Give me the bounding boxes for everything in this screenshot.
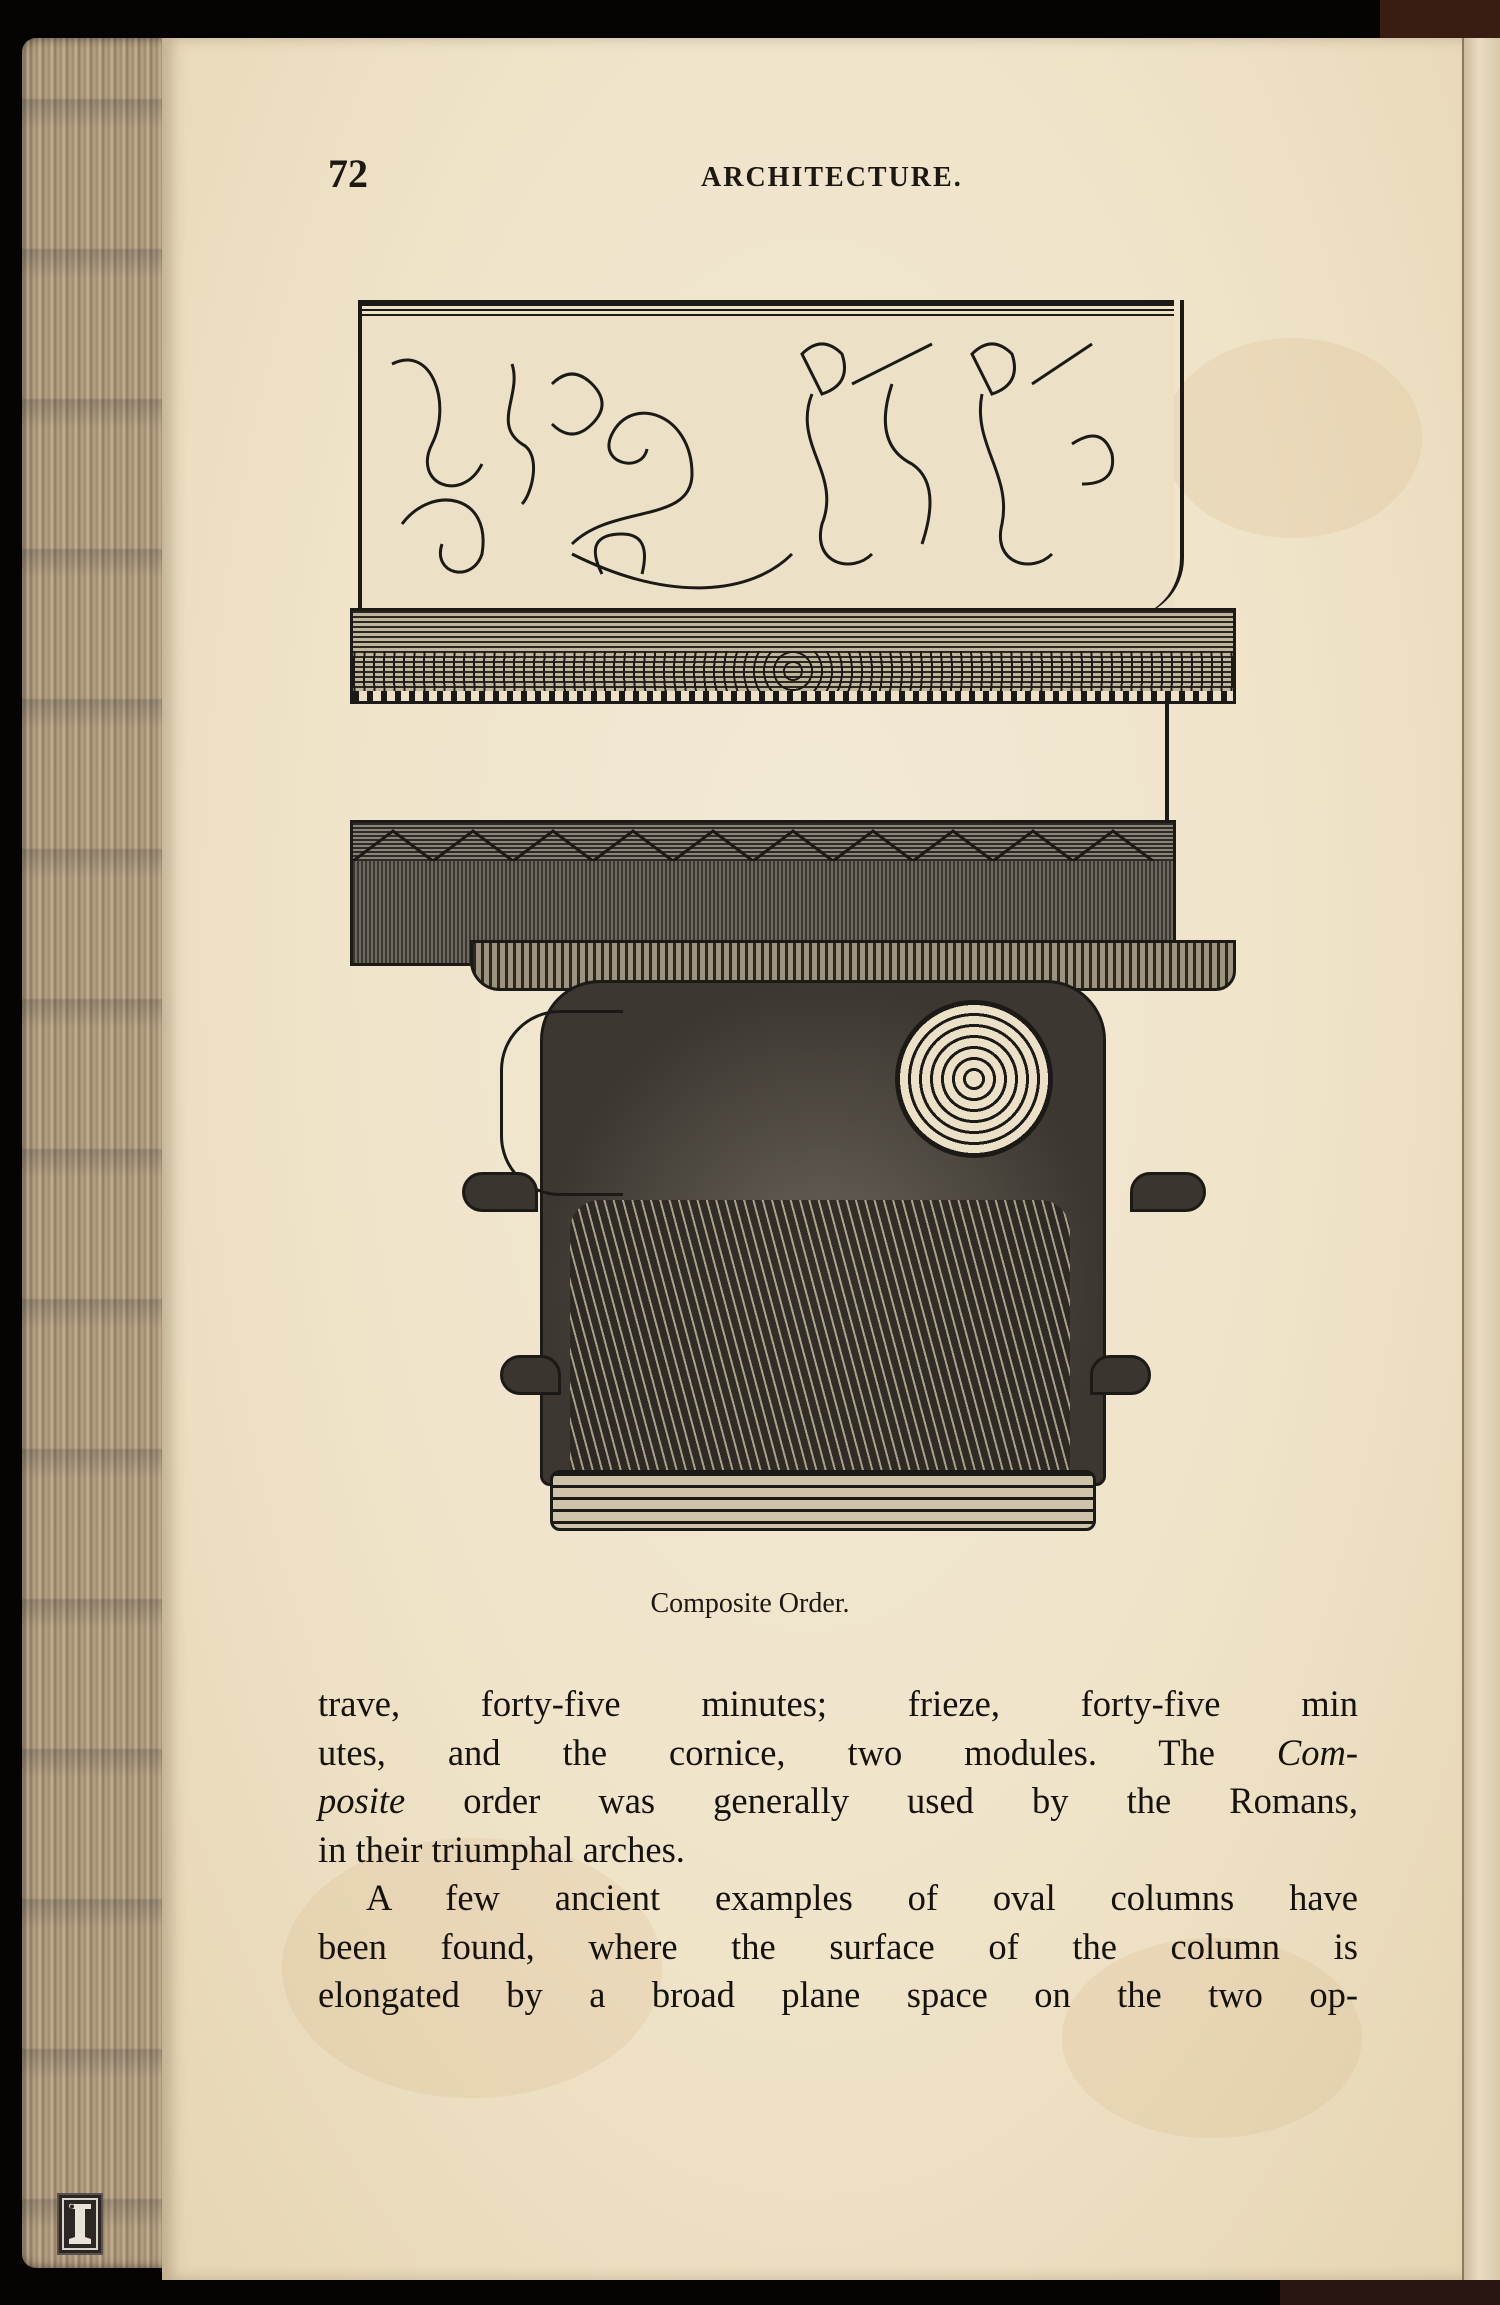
text-line: been found, where the surface of the col… xyxy=(318,1923,1358,1972)
acanthus-leaves xyxy=(570,1200,1070,1470)
page-number: 72 xyxy=(328,150,368,197)
dentil-row xyxy=(353,691,1233,701)
paragraph: trave, forty-five minutes; frieze, forty… xyxy=(318,1680,1358,1874)
cornice-molding xyxy=(350,608,1236,704)
frieze-top-molding xyxy=(362,304,1174,318)
background-cover xyxy=(1380,0,1500,40)
page-edge-ink xyxy=(22,38,172,2268)
page-edge-stack xyxy=(22,38,172,2268)
running-head: 72 ARCHITECTURE. xyxy=(328,150,1348,200)
figure-caption: Composite Order. xyxy=(0,1588,1500,1620)
egg-and-dart-row xyxy=(353,651,1233,691)
frieze-panel xyxy=(358,300,1174,612)
text-line: posite order was generally used by the R… xyxy=(318,1777,1358,1826)
composite-capital xyxy=(440,940,1230,1530)
frieze-cavetto-curve xyxy=(1120,300,1184,618)
running-head-title: ARCHITECTURE. xyxy=(701,162,963,194)
text-line: utes, and the cornice, two modules. The … xyxy=(318,1729,1358,1778)
leaf-pattern-band xyxy=(353,823,1173,861)
text-line: elongated by a broad plane space on the … xyxy=(318,1971,1358,2020)
capital-astragal xyxy=(550,1470,1096,1531)
pillar-i-glyph-icon xyxy=(67,2203,93,2245)
left-lower-horn xyxy=(500,1355,561,1395)
left-upper-horn xyxy=(462,1172,538,1212)
italic-text: posite xyxy=(318,1780,405,1821)
text-span: order was generally used by the Romans, xyxy=(405,1780,1358,1821)
frieze-scrollwork-figures xyxy=(372,324,1152,604)
text-line: A few ancient examples of oval columns h… xyxy=(318,1874,1358,1923)
architrave-band xyxy=(353,823,1173,861)
background-cover-bottom xyxy=(1280,2280,1500,2305)
body-text: trave, forty-five minutes; frieze, forty… xyxy=(318,1680,1358,2020)
right-volute-spiral xyxy=(895,1000,1053,1158)
institution-pillar-logo-icon xyxy=(57,2193,103,2255)
right-upper-horn xyxy=(1130,1172,1206,1212)
composite-order-illustration xyxy=(350,290,1310,1570)
right-lower-horn xyxy=(1090,1355,1151,1395)
text-line: in their triumphal arches. xyxy=(318,1826,1358,1875)
italic-text: Com- xyxy=(1277,1732,1358,1773)
right-page-gutter xyxy=(1462,38,1500,2280)
text-span: utes, and the cornice, two modules. The xyxy=(318,1732,1277,1773)
text-line: trave, forty-five minutes; frieze, forty… xyxy=(318,1680,1358,1729)
left-volute xyxy=(500,1010,623,1196)
paragraph: A few ancient examples of oval columns h… xyxy=(318,1874,1358,2020)
